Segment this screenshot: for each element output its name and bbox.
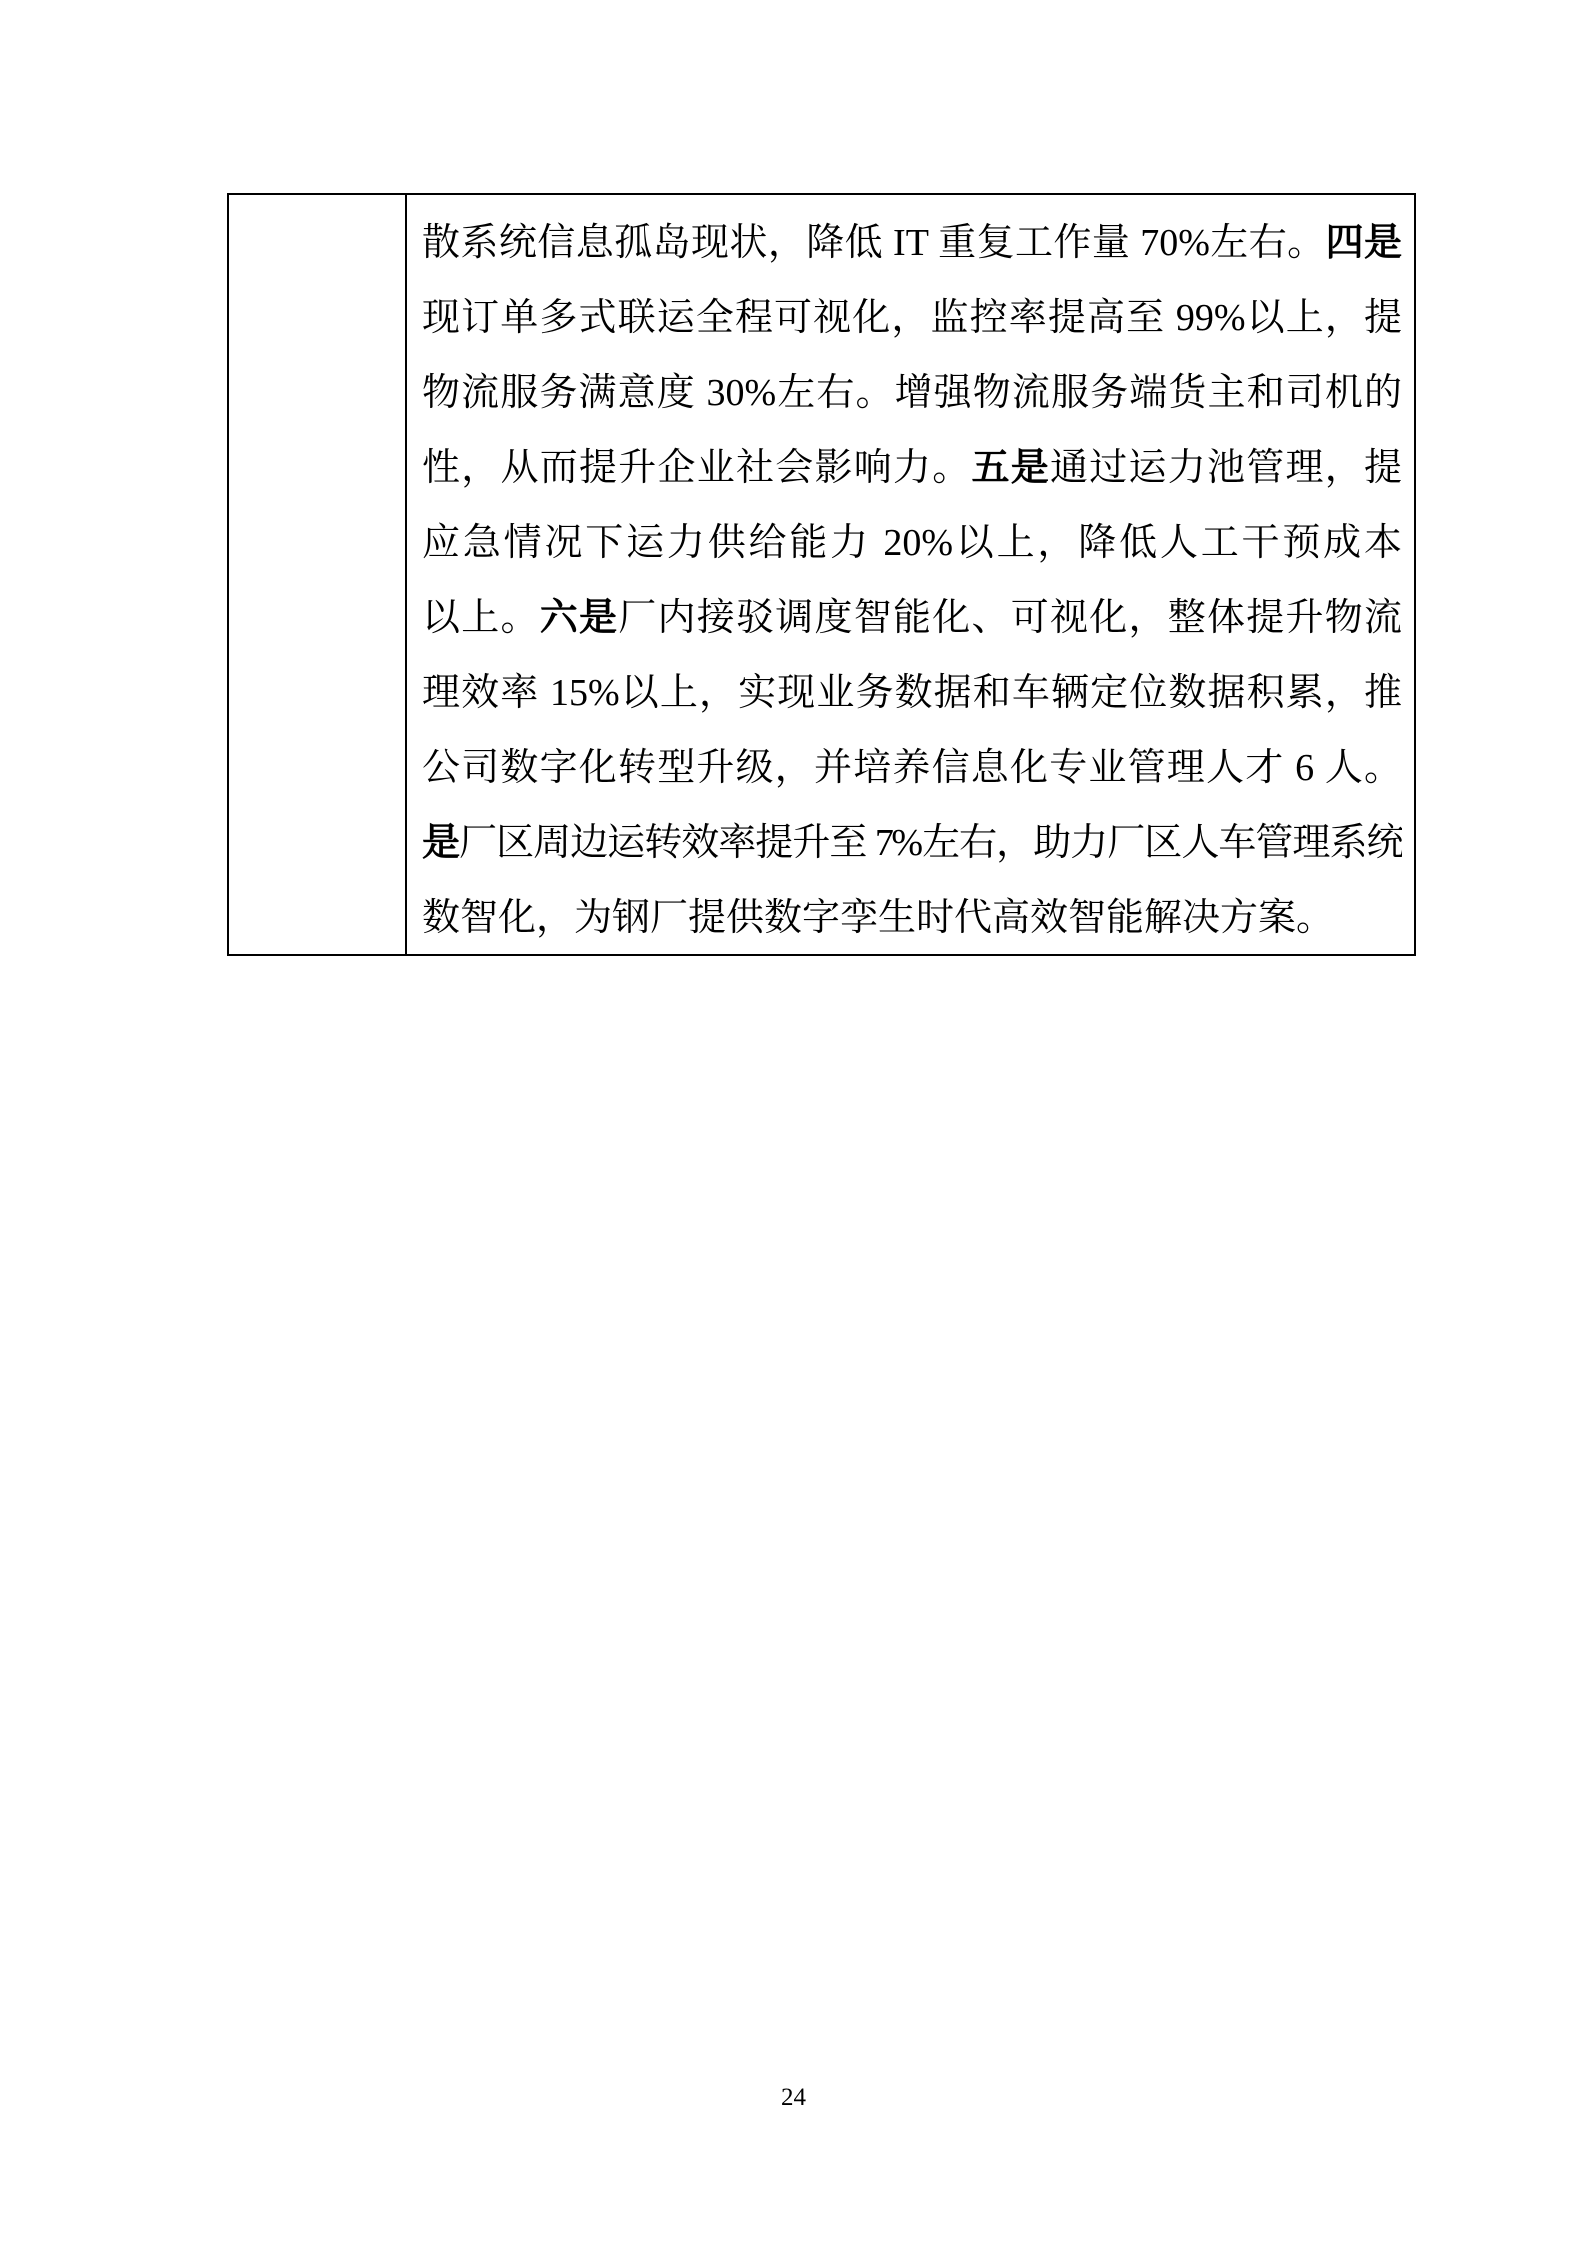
paragraph-line: 物流服务满意度 30%左右。增强物流服务端货主和司机的黏 (422, 356, 1402, 431)
bold-text-segment: 五是 (971, 447, 1050, 489)
text-segment: 应急情况下运力供给能力 20%以上，降低人工干预成本 30% (422, 522, 1402, 581)
page-number: 24 (0, 2083, 1587, 2113)
content-table: 散系统信息孤岛现状，降低 IT 重复工作量 70%左右。四是实现订单多式联运全程… (227, 193, 1416, 956)
paragraph-line: 理效率 15%以上，实现业务数据和车辆定位数据积累，推进 (422, 656, 1402, 731)
bold-text-segment: 是 (422, 822, 459, 864)
text-segment: 理效率 15%以上，实现业务数据和车辆定位数据积累，推进 (422, 672, 1402, 731)
paragraph-line: 应急情况下运力供给能力 20%以上，降低人工干预成本 30% (422, 506, 1402, 581)
cell-paragraph: 散系统信息孤岛现状，降低 IT 重复工作量 70%左右。四是实现订单多式联运全程… (422, 206, 1402, 954)
text-segment: 现订单多式联运全程可视化，监控率提高至 99%以上，提升 (422, 297, 1402, 356)
bold-text-segment: 六是 (540, 597, 619, 639)
paragraph-line: 现订单多式联运全程可视化，监控率提高至 99%以上，提升 (422, 281, 1402, 356)
text-segment: 以上。 (422, 597, 540, 639)
text-segment: 公司数字化转型升级，并培养信息化专业管理人才 6 人。 (422, 747, 1402, 789)
paragraph-line: 以上。六是厂内接驳调度智能化、可视化，整体提升物流管 (422, 581, 1402, 656)
text-segment: 散系统信息孤岛现状，降低 IT 重复工作量 70%左右。 (422, 222, 1326, 264)
table-cell-label-empty (229, 195, 407, 954)
paragraph-line: 散系统信息孤岛现状，降低 IT 重复工作量 70%左右。四是实 (422, 206, 1402, 281)
table-cell-paragraph: 散系统信息孤岛现状，降低 IT 重复工作量 70%左右。四是实现订单多式联运全程… (407, 195, 1414, 954)
text-segment: 性，从而提升企业社会影响力。 (422, 447, 971, 489)
paragraph-line: 数智化，为钢厂提供数字孪生时代高效智能解决方案。 (422, 881, 1402, 954)
paragraph-line: 公司数字化转型升级，并培养信息化专业管理人才 6 人。七 (422, 731, 1402, 806)
paragraph-line: 是厂区周边运转效率提升至 7%左右，助力厂区人车管理系统 (422, 806, 1402, 881)
document-page: 散系统信息孤岛现状，降低 IT 重复工作量 70%左右。四是实现订单多式联运全程… (0, 0, 1587, 2245)
paragraph-line: 性，从而提升企业社会影响力。五是通过运力池管理，提高 (422, 431, 1402, 506)
text-segment: 厂区周边运转效率提升至 7%左右，助力厂区人车管理系统 (459, 822, 1402, 864)
text-segment: 数智化，为钢厂提供数字孪生时代高效智能解决方案。 (422, 897, 1334, 939)
text-segment: 物流服务满意度 30%左右。增强物流服务端货主和司机的黏 (422, 372, 1402, 431)
